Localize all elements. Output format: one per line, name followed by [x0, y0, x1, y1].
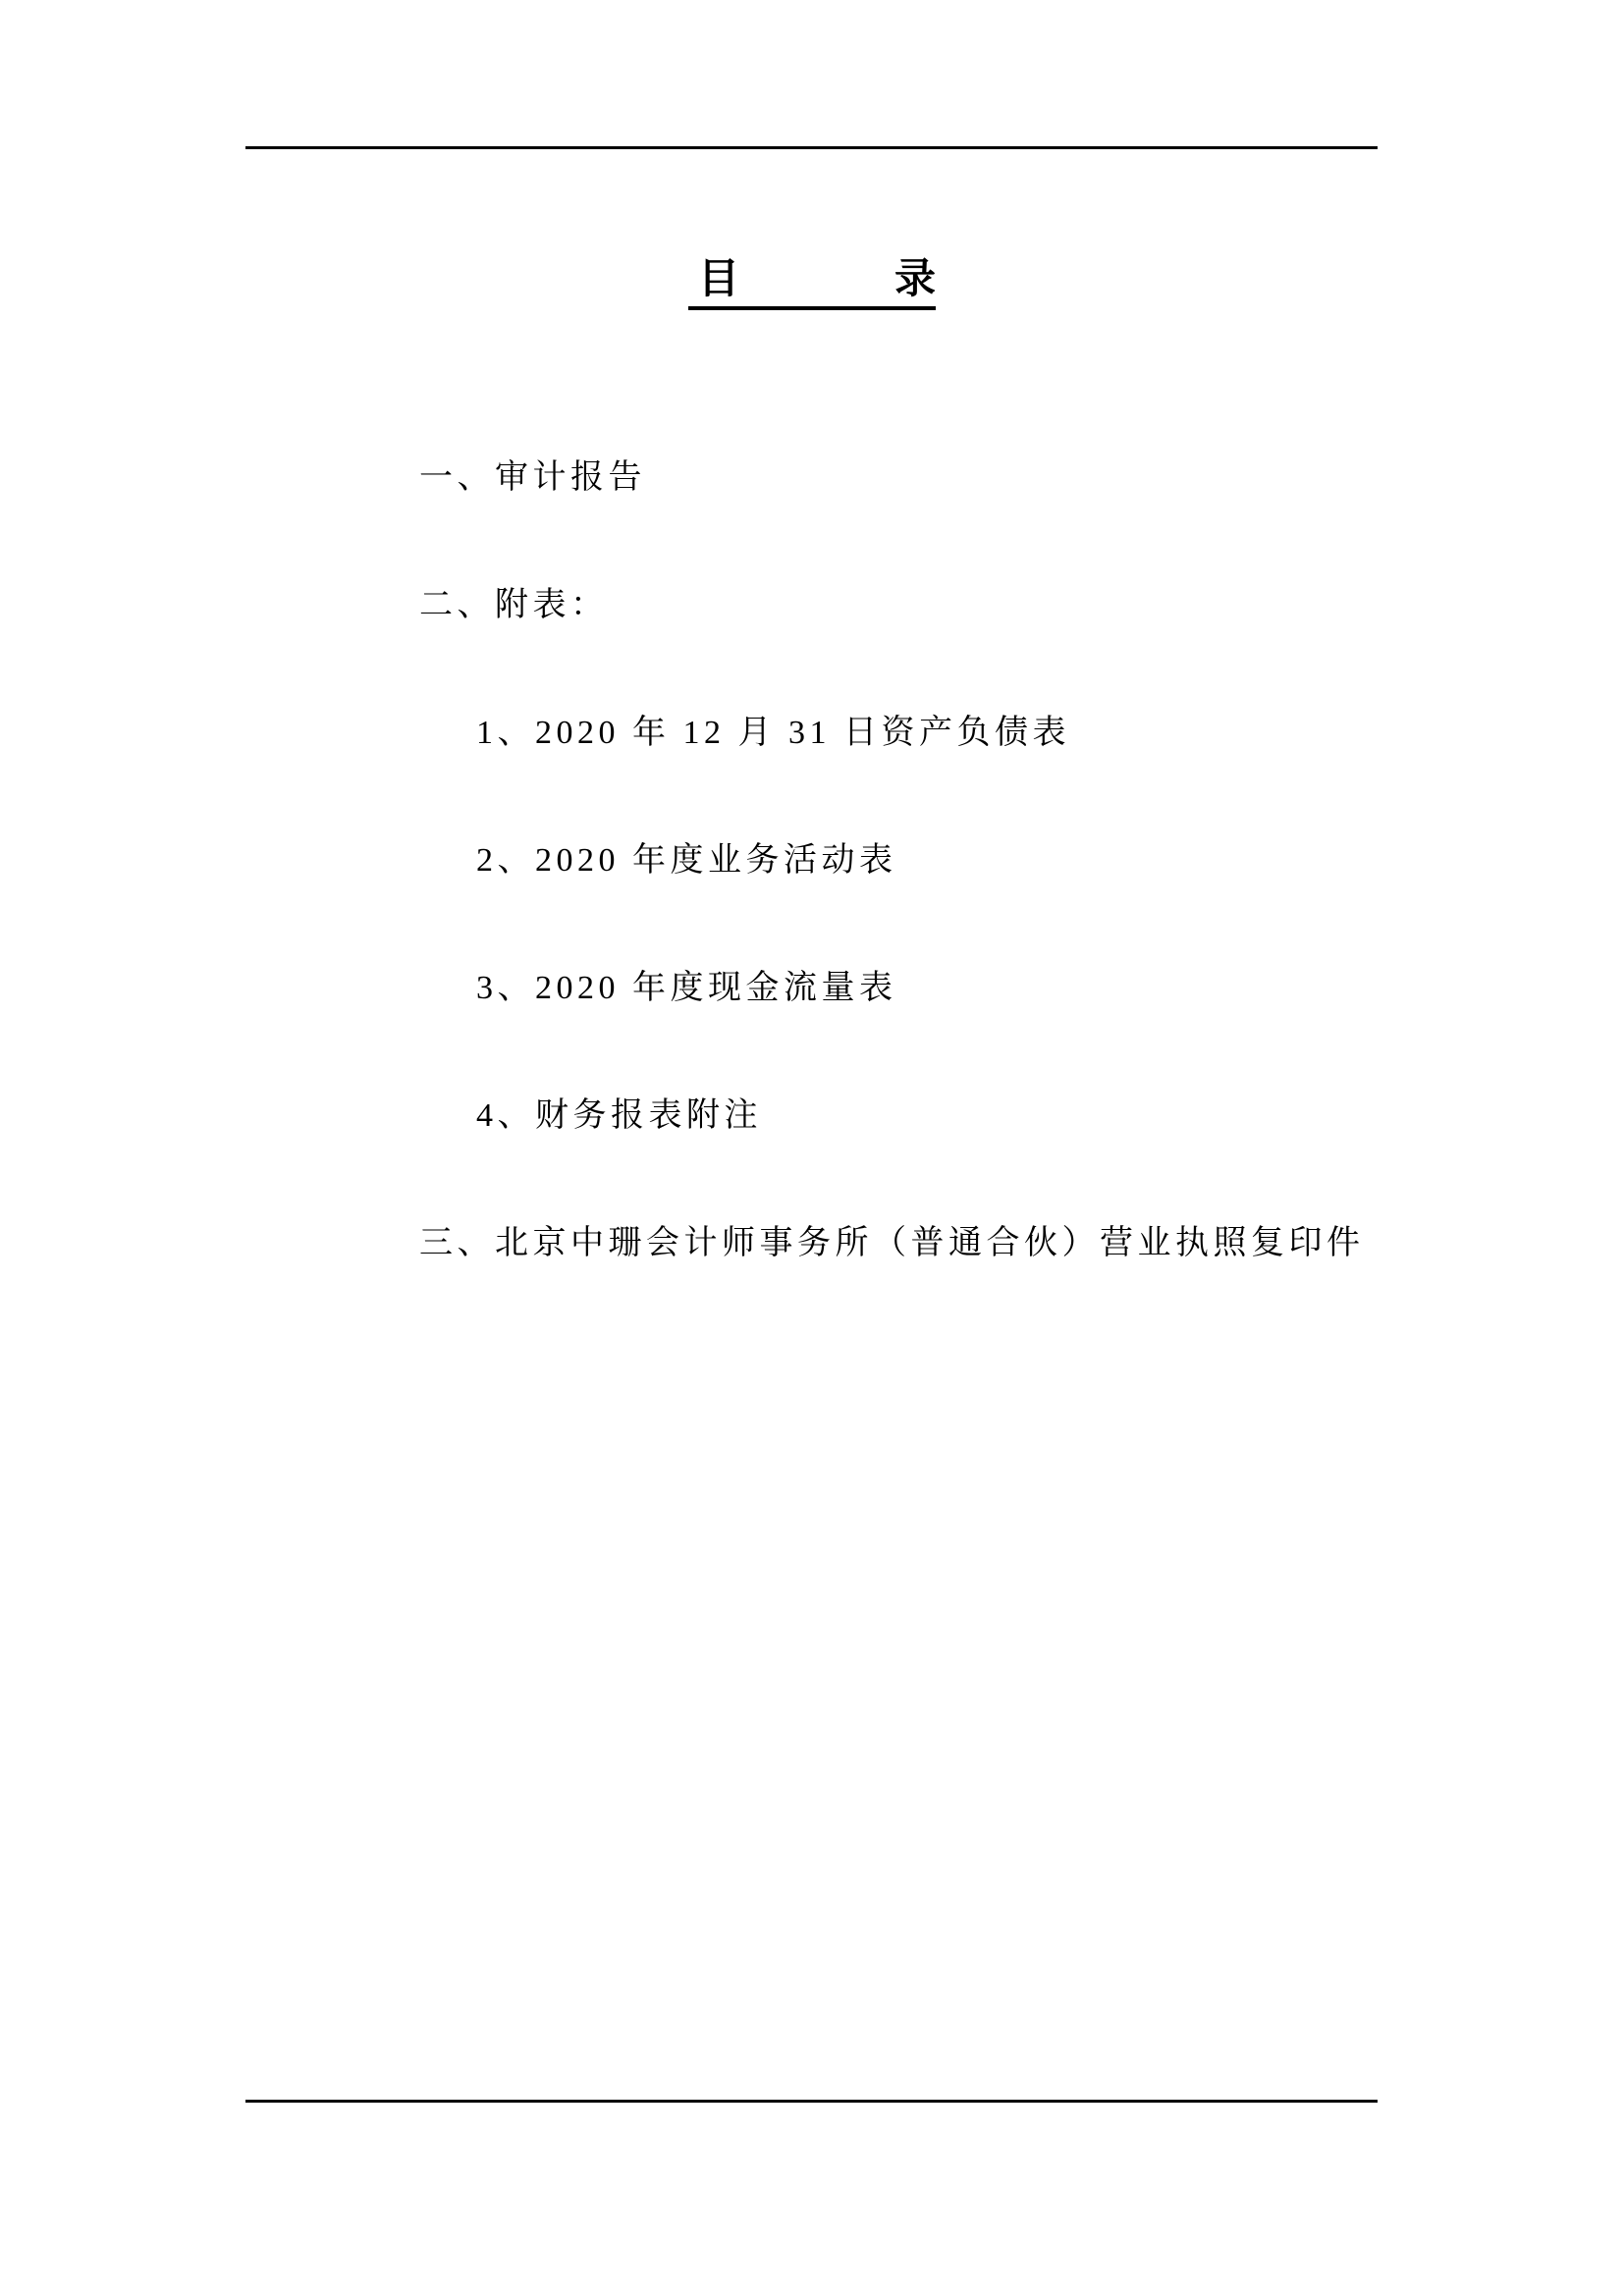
page-title: 目 录: [688, 253, 936, 310]
toc-item-balance-sheet: 1、2020 年 12 月 31 日资产负债表: [476, 714, 1070, 753]
toc-item-activity-statement: 2、2020 年度业务活动表: [476, 841, 897, 881]
title-char-1: 目: [698, 255, 739, 302]
title-char-2: 录: [894, 255, 936, 302]
toc-item-appendix: 二、附表：: [419, 586, 609, 625]
footer-rule: [245, 2100, 1378, 2103]
toc-item-audit-report: 一、审计报告: [419, 458, 646, 498]
toc-item-business-license: 三、北京中珊会计师事务所（普通合伙）营业执照复印件: [419, 1224, 1365, 1263]
toc-item-cash-flow-statement: 3、2020 年度现金流量表: [476, 969, 897, 1008]
toc-item-notes: 4、财务报表附注: [476, 1096, 762, 1136]
header-rule: [245, 146, 1378, 149]
document-page: 目 录 一、审计报告 二、附表： 1、2020 年 12 月 31 日资产负债表…: [0, 0, 1624, 2296]
